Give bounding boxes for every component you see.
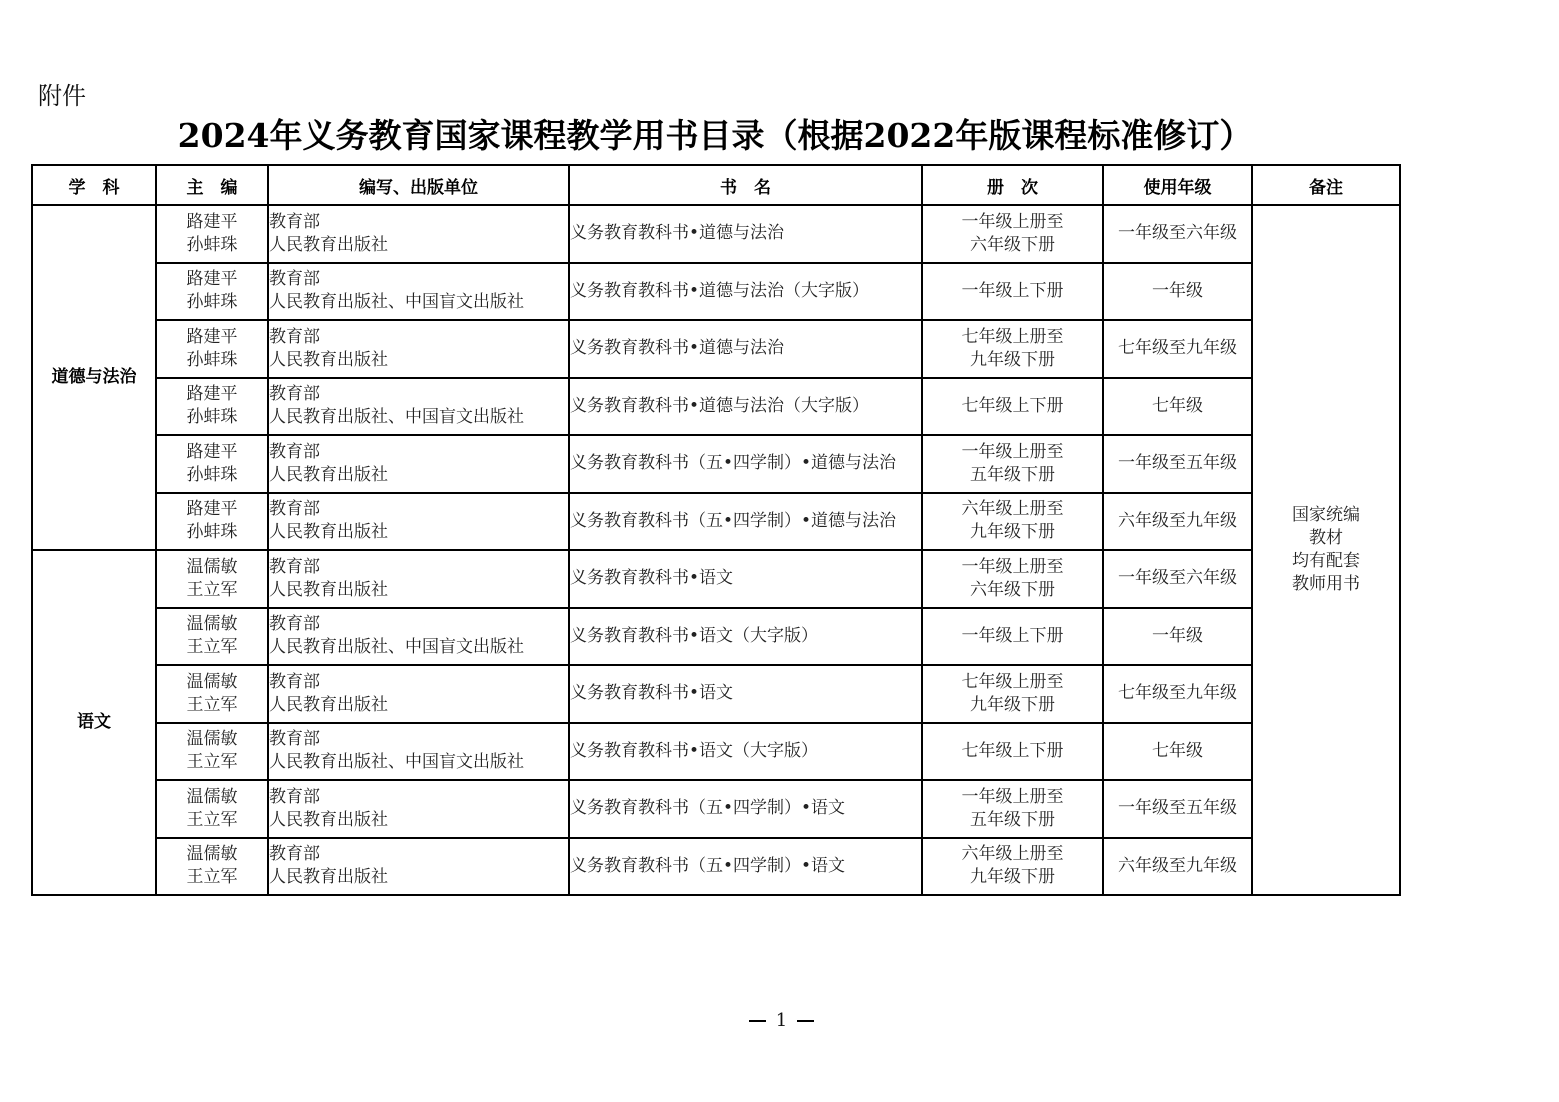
editor-cell: 温儒敏王立军 xyxy=(156,665,268,723)
editor-cell: 温儒敏王立军 xyxy=(156,550,268,608)
publisher-cell: 教育部人民教育出版社 xyxy=(268,838,569,896)
publisher-line: 人民教育出版社 xyxy=(269,866,568,889)
editor-cell: 温儒敏王立军 xyxy=(156,723,268,781)
table-row: 温儒敏王立军教育部人民教育出版社义务教育教科书（五•四学制）•语文六年级上册至九… xyxy=(32,838,1400,896)
volume-line: 七年级上下册 xyxy=(923,740,1102,763)
grade-cell: 七年级至九年级 xyxy=(1103,320,1252,378)
table-header-row: 学 科 主 编 编写、出版单位 书 名 册 次 使用年级 备注 xyxy=(32,165,1400,205)
header-subject: 学 科 xyxy=(32,165,156,205)
table-row: 温儒敏王立军教育部人民教育出版社义务教育教科书（五•四学制）•语文一年级上册至五… xyxy=(32,780,1400,838)
publisher-line: 人民教育出版社、中国盲文出版社 xyxy=(269,636,568,659)
editor-line: 王立军 xyxy=(157,636,267,659)
editor-cell: 路建平孙蚌珠 xyxy=(156,205,268,263)
editor-cell: 路建平孙蚌珠 xyxy=(156,435,268,493)
volume-line: 一年级上下册 xyxy=(923,280,1102,303)
header-grade: 使用年级 xyxy=(1103,165,1252,205)
subject-cell: 语文 xyxy=(32,550,156,895)
book-name-cell: 义务教育教科书（五•四学制）•语文 xyxy=(569,780,922,838)
header-publisher: 编写、出版单位 xyxy=(268,165,569,205)
volume-line: 九年级下册 xyxy=(923,521,1102,544)
publisher-cell: 教育部人民教育出版社 xyxy=(268,780,569,838)
volume-line: 七年级上下册 xyxy=(923,395,1102,418)
volume-line: 五年级下册 xyxy=(923,809,1102,832)
volume-line: 九年级下册 xyxy=(923,349,1102,372)
volume-cell: 六年级上册至九年级下册 xyxy=(922,838,1103,896)
publisher-line: 教育部 xyxy=(269,786,568,809)
volume-line: 一年级上册至 xyxy=(923,786,1102,809)
editor-line: 孙蚌珠 xyxy=(157,521,267,544)
editor-line: 路建平 xyxy=(157,268,267,291)
volume-cell: 一年级上册至六年级下册 xyxy=(922,550,1103,608)
publisher-line: 人民教育出版社、中国盲文出版社 xyxy=(269,406,568,429)
page-number: 1 xyxy=(776,1010,787,1031)
publisher-line: 教育部 xyxy=(269,671,568,694)
publisher-line: 教育部 xyxy=(269,556,568,579)
grade-cell: 七年级 xyxy=(1103,378,1252,436)
volume-cell: 一年级上册至五年级下册 xyxy=(922,435,1103,493)
volume-line: 一年级上册至 xyxy=(923,556,1102,579)
book-name-cell: 义务教育教科书•道德与法治 xyxy=(569,205,922,263)
editor-line: 路建平 xyxy=(157,383,267,406)
table-row: 语文温儒敏王立军教育部人民教育出版社义务教育教科书•语文一年级上册至六年级下册一… xyxy=(32,550,1400,608)
editor-cell: 路建平孙蚌珠 xyxy=(156,263,268,321)
volume-line: 一年级上册至 xyxy=(923,211,1102,234)
editor-line: 孙蚌珠 xyxy=(157,291,267,314)
note-line: 均有配套 xyxy=(1253,550,1399,573)
note-cell: 国家统编教材均有配套教师用书 xyxy=(1252,205,1400,895)
editor-line: 路建平 xyxy=(157,441,267,464)
table-row: 道德与法治路建平孙蚌珠教育部人民教育出版社义务教育教科书•道德与法治一年级上册至… xyxy=(32,205,1400,263)
editor-line: 路建平 xyxy=(157,211,267,234)
publisher-line: 人民教育出版社、中国盲文出版社 xyxy=(269,291,568,314)
table-row: 温儒敏王立军教育部人民教育出版社义务教育教科书•语文七年级上册至九年级下册七年级… xyxy=(32,665,1400,723)
publisher-line: 教育部 xyxy=(269,728,568,751)
volume-line: 七年级上册至 xyxy=(923,326,1102,349)
volume-line: 六年级下册 xyxy=(923,579,1102,602)
publisher-line: 人民教育出版社 xyxy=(269,694,568,717)
editor-cell: 温儒敏王立军 xyxy=(156,608,268,666)
table-row: 路建平孙蚌珠教育部人民教育出版社义务教育教科书（五•四学制）•道德与法治六年级上… xyxy=(32,493,1400,551)
volume-cell: 七年级上册至九年级下册 xyxy=(922,665,1103,723)
volume-line: 一年级上册至 xyxy=(923,441,1102,464)
book-name-cell: 义务教育教科书•道德与法治（大字版） xyxy=(569,263,922,321)
publisher-cell: 教育部人民教育出版社 xyxy=(268,435,569,493)
volume-cell: 六年级上册至九年级下册 xyxy=(922,493,1103,551)
editor-cell: 路建平孙蚌珠 xyxy=(156,493,268,551)
publisher-line: 教育部 xyxy=(269,268,568,291)
editor-cell: 路建平孙蚌珠 xyxy=(156,378,268,436)
editor-line: 温儒敏 xyxy=(157,728,267,751)
grade-cell: 一年级至五年级 xyxy=(1103,435,1252,493)
editor-line: 王立军 xyxy=(157,809,267,832)
grade-cell: 七年级至九年级 xyxy=(1103,665,1252,723)
volume-line: 六年级下册 xyxy=(923,234,1102,257)
publisher-cell: 教育部人民教育出版社、中国盲文出版社 xyxy=(268,378,569,436)
editor-line: 王立军 xyxy=(157,866,267,889)
volume-cell: 七年级上下册 xyxy=(922,378,1103,436)
attachment-label: 附件 xyxy=(38,76,86,111)
editor-line: 孙蚌珠 xyxy=(157,464,267,487)
publisher-cell: 教育部人民教育出版社 xyxy=(268,205,569,263)
header-book-name: 书 名 xyxy=(569,165,922,205)
editor-line: 温儒敏 xyxy=(157,613,267,636)
volume-line: 六年级上册至 xyxy=(923,843,1102,866)
grade-cell: 一年级至五年级 xyxy=(1103,780,1252,838)
grade-cell: 六年级至九年级 xyxy=(1103,838,1252,896)
volume-cell: 一年级上册至六年级下册 xyxy=(922,205,1103,263)
header-volume: 册 次 xyxy=(922,165,1103,205)
publisher-line: 人民教育出版社 xyxy=(269,464,568,487)
publisher-line: 人民教育出版社 xyxy=(269,809,568,832)
editor-line: 路建平 xyxy=(157,498,267,521)
publisher-line: 人民教育出版社 xyxy=(269,521,568,544)
subject-cell: 道德与法治 xyxy=(32,205,156,550)
volume-cell: 一年级上册至五年级下册 xyxy=(922,780,1103,838)
table-body: 道德与法治路建平孙蚌珠教育部人民教育出版社义务教育教科书•道德与法治一年级上册至… xyxy=(32,205,1400,895)
dash-right xyxy=(797,1020,814,1022)
grade-cell: 一年级至六年级 xyxy=(1103,205,1252,263)
publisher-line: 人民教育出版社、中国盲文出版社 xyxy=(269,751,568,774)
book-name-cell: 义务教育教科书•语文（大字版） xyxy=(569,723,922,781)
editor-line: 路建平 xyxy=(157,326,267,349)
table-row: 温儒敏王立军教育部人民教育出版社、中国盲文出版社义务教育教科书•语文（大字版）七… xyxy=(32,723,1400,781)
volume-cell: 一年级上下册 xyxy=(922,263,1103,321)
grade-cell: 七年级 xyxy=(1103,723,1252,781)
table-row: 路建平孙蚌珠教育部人民教育出版社义务教育教科书•道德与法治七年级上册至九年级下册… xyxy=(32,320,1400,378)
grade-cell: 一年级至六年级 xyxy=(1103,550,1252,608)
editor-line: 孙蚌珠 xyxy=(157,234,267,257)
publisher-line: 教育部 xyxy=(269,843,568,866)
book-name-cell: 义务教育教科书（五•四学制）•语文 xyxy=(569,838,922,896)
publisher-line: 教育部 xyxy=(269,498,568,521)
editor-line: 王立军 xyxy=(157,579,267,602)
header-note: 备注 xyxy=(1252,165,1400,205)
editor-line: 孙蚌珠 xyxy=(157,406,267,429)
grade-cell: 一年级 xyxy=(1103,263,1252,321)
editor-line: 温儒敏 xyxy=(157,786,267,809)
publisher-cell: 教育部人民教育出版社、中国盲文出版社 xyxy=(268,723,569,781)
volume-line: 九年级下册 xyxy=(923,694,1102,717)
editor-line: 王立军 xyxy=(157,751,267,774)
volume-line: 六年级上册至 xyxy=(923,498,1102,521)
publisher-cell: 教育部人民教育出版社、中国盲文出版社 xyxy=(268,608,569,666)
editor-line: 孙蚌珠 xyxy=(157,349,267,372)
editor-cell: 路建平孙蚌珠 xyxy=(156,320,268,378)
header-editor: 主 编 xyxy=(156,165,268,205)
publisher-line: 人民教育出版社 xyxy=(269,579,568,602)
book-name-cell: 义务教育教科书•语文 xyxy=(569,665,922,723)
publisher-line: 人民教育出版社 xyxy=(269,234,568,257)
publisher-cell: 教育部人民教育出版社 xyxy=(268,665,569,723)
book-name-cell: 义务教育教科书（五•四学制）•道德与法治 xyxy=(569,493,922,551)
table-row: 路建平孙蚌珠教育部人民教育出版社、中国盲文出版社义务教育教科书•道德与法治（大字… xyxy=(32,378,1400,436)
publisher-line: 人民教育出版社 xyxy=(269,349,568,372)
editor-line: 温儒敏 xyxy=(157,556,267,579)
volume-cell: 七年级上下册 xyxy=(922,723,1103,781)
table-row: 路建平孙蚌珠教育部人民教育出版社、中国盲文出版社义务教育教科书•道德与法治（大字… xyxy=(32,263,1400,321)
volume-line: 九年级下册 xyxy=(923,866,1102,889)
dash-left xyxy=(749,1020,766,1022)
book-name-cell: 义务教育教科书•语文（大字版） xyxy=(569,608,922,666)
page-footer: 1 xyxy=(0,1010,1559,1031)
editor-line: 温儒敏 xyxy=(157,671,267,694)
textbook-catalog-table: 学 科 主 编 编写、出版单位 书 名 册 次 使用年级 备注 道德与法治路建平… xyxy=(31,164,1401,896)
book-name-cell: 义务教育教科书（五•四学制）•道德与法治 xyxy=(569,435,922,493)
editor-line: 王立军 xyxy=(157,694,267,717)
volume-line: 一年级上下册 xyxy=(923,625,1102,648)
book-name-cell: 义务教育教科书•道德与法治 xyxy=(569,320,922,378)
table-row: 温儒敏王立军教育部人民教育出版社、中国盲文出版社义务教育教科书•语文（大字版）一… xyxy=(32,608,1400,666)
grade-cell: 一年级 xyxy=(1103,608,1252,666)
publisher-line: 教育部 xyxy=(269,326,568,349)
volume-cell: 七年级上册至九年级下册 xyxy=(922,320,1103,378)
note-line: 教师用书 xyxy=(1253,573,1399,596)
publisher-cell: 教育部人民教育出版社、中国盲文出版社 xyxy=(268,263,569,321)
table-row: 路建平孙蚌珠教育部人民教育出版社义务教育教科书（五•四学制）•道德与法治一年级上… xyxy=(32,435,1400,493)
editor-cell: 温儒敏王立军 xyxy=(156,780,268,838)
note-line: 教材 xyxy=(1253,527,1399,550)
grade-cell: 六年级至九年级 xyxy=(1103,493,1252,551)
note-line: 国家统编 xyxy=(1253,504,1399,527)
editor-cell: 温儒敏王立军 xyxy=(156,838,268,896)
book-name-cell: 义务教育教科书•道德与法治（大字版） xyxy=(569,378,922,436)
document-title: 2024年义务教育国家课程教学用书目录（根据2022年版课程标准修订） xyxy=(0,110,1430,157)
publisher-line: 教育部 xyxy=(269,383,568,406)
volume-line: 七年级上册至 xyxy=(923,671,1102,694)
publisher-line: 教育部 xyxy=(269,211,568,234)
publisher-line: 教育部 xyxy=(269,613,568,636)
publisher-cell: 教育部人民教育出版社 xyxy=(268,493,569,551)
publisher-cell: 教育部人民教育出版社 xyxy=(268,320,569,378)
book-name-cell: 义务教育教科书•语文 xyxy=(569,550,922,608)
editor-line: 温儒敏 xyxy=(157,843,267,866)
volume-cell: 一年级上下册 xyxy=(922,608,1103,666)
publisher-cell: 教育部人民教育出版社 xyxy=(268,550,569,608)
publisher-line: 教育部 xyxy=(269,441,568,464)
volume-line: 五年级下册 xyxy=(923,464,1102,487)
